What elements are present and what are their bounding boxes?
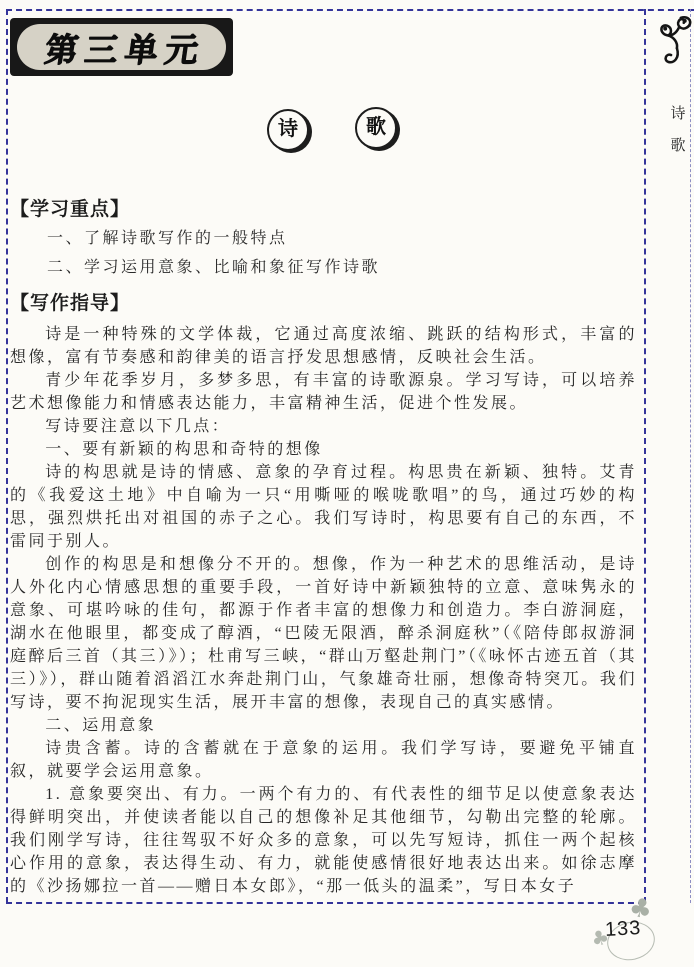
title-circle-shi-char: 诗	[278, 118, 298, 140]
study-focus-item: 二、学习运用意象、比喻和象征写作诗歌	[10, 256, 637, 279]
floral-scroll-icon	[656, 13, 692, 99]
section-heading-study-focus: 【学习重点】	[10, 197, 637, 223]
page-border-top	[6, 9, 694, 11]
unit-title: 第三单元	[35, 24, 208, 71]
sub-heading: 一、要有新颖的构思和奇特的想像	[10, 438, 637, 461]
page-border-bottom	[6, 902, 644, 904]
paragraph: 诗的构思就是诗的情感、意象的孕育过程。构思贵在新颖、独特。艾青的《我爱这土地》中…	[10, 461, 637, 553]
sub-heading: 二、运用意象	[10, 714, 637, 737]
section-heading-writing-guide: 【写作指导】	[10, 291, 637, 317]
title-circle-ge: 歌	[355, 107, 397, 149]
page-border-right	[644, 9, 646, 903]
unit-banner-capsule: 第三单元	[17, 24, 226, 70]
study-focus-list: 一、了解诗歌写作的一般特点 二、学习运用意象、比喻和象征写作诗歌	[10, 227, 637, 279]
paragraph: 创作的构思是和想像分不开的。想像，作为一种艺术的思维活动，是诗人外化内心情感思想…	[10, 553, 637, 714]
page-border-left	[6, 9, 8, 903]
sidebar-label-ge: 歌	[666, 134, 690, 155]
page-border-outer-right	[690, 9, 691, 903]
sidebar-label-shi: 诗	[666, 102, 690, 123]
paragraph: 诗是一种特殊的文学体裁，它通过高度浓缩、跳跃的结构形式，丰富的想像，富有节奏感和…	[10, 323, 637, 369]
study-focus-item: 一、了解诗歌写作的一般特点	[10, 227, 637, 250]
unit-banner: 第三单元	[10, 18, 233, 76]
page-content: 【学习重点】 一、了解诗歌写作的一般特点 二、学习运用意象、比喻和象征写作诗歌 …	[10, 197, 637, 898]
paragraph: 诗贵含蓄。诗的含蓄就在于意象的运用。我们学写诗，要避免平铺直叙，就要学会运用意象…	[10, 737, 637, 783]
page-footer: ♣ ♣ 133	[583, 898, 683, 962]
writing-guide-body: 诗是一种特殊的文学体裁，它通过高度浓缩、跳跃的结构形式，丰富的想像，富有节奏感和…	[10, 323, 637, 898]
title-circle-ge-char: 歌	[366, 116, 386, 138]
paragraph: 1. 意象要突出、有力。一两个有力的、有代表性的细节足以使意象表达得鲜明突出，并…	[10, 783, 637, 898]
paragraph: 青少年花季岁月，多梦多思，有丰富的诗歌源泉。学习写诗，可以培养艺术想像能力和情感…	[10, 369, 637, 415]
title-circle-shi: 诗	[267, 109, 309, 151]
page-number: 133	[604, 917, 642, 942]
paragraph: 写诗要注意以下几点：	[10, 415, 637, 438]
